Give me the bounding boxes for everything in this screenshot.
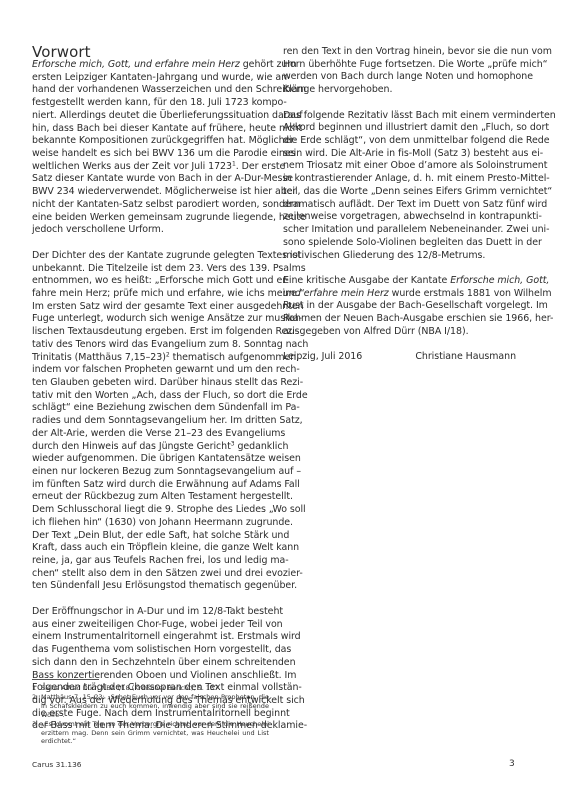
right-column: ren den Text in den Vortrag hinein, bevo… — [283, 46, 516, 364]
text-line: Der Text „Dein Blut, der edle Saft, hat … — [32, 530, 269, 543]
text-line: Das folgende Rezitativ lässt Bach mit ei… — [283, 110, 516, 123]
text-line: dramatisch auflädt. Der Text im Duett vo… — [283, 199, 516, 212]
text-line: wieder aufgenommen. Die übrigen Kantaten… — [32, 453, 269, 466]
text-line: in kontrastierender Anlage, d. h. mit ei… — [283, 173, 516, 186]
text-line: festgestellt werden kann, für den 18. Ju… — [32, 97, 269, 110]
text-line: Im ersten Satz wird der gesamte Text ein… — [32, 301, 269, 314]
text-line: scher Imitation und parallelem Nebeneina… — [283, 224, 516, 237]
text-line: Fuge unterlegt, wodurch sich wenige Ansä… — [32, 313, 269, 326]
text-line: Kraft, dass auch ein Tröpflein kleine, d… — [32, 542, 269, 555]
text-line: sono spielende Solo-Violinen begleiten d… — [283, 237, 516, 250]
footnote-2: 2 Matthäus 7, 15–23: „Sehet Euch vor vor… — [32, 693, 269, 720]
text-line: erneut der Rückbezug zum Alten Testament… — [32, 491, 269, 504]
work-title-italic: Erforsche mich, Gott, — [450, 275, 549, 286]
text-line: Eine kritische Ausgabe der Kantate Erfor… — [283, 275, 516, 288]
signature-author: Christiane Hausmann — [415, 351, 516, 364]
text-line: hin, dass Bach bei dieser Kantate auf fr… — [32, 123, 269, 136]
text-line: hand der vorhandenen Wasserzeichen und d… — [32, 84, 269, 97]
footnote-line: Wölfe“. — [41, 711, 269, 720]
text-line: eine beiden Werken gemeinsam zugrunde li… — [32, 212, 269, 225]
text-line: Rust in der Ausgabe der Bach-Gesellschaf… — [283, 300, 516, 313]
paragraph-text-origin: Der Dichter des der Kantate zugrunde gel… — [32, 250, 269, 593]
paragraph-recitative: Das folgende Rezitativ lässt Bach mit ei… — [283, 110, 516, 263]
text-line: Trinitatis (Matthäus 7,15–23)2 thematisc… — [32, 352, 269, 365]
footnote-1: 1 Siehe Alfred Dürr, NBA I/18 (Kritische… — [32, 684, 269, 693]
text-line: Dem Schlusschoral liegt die 9. Strophe d… — [32, 504, 269, 517]
text-line: BWV 234 wiederverwendet. Möglicherweise … — [32, 186, 269, 199]
text-line: Akkord beginnen und illustriert damit de… — [283, 122, 516, 135]
footnote-line: Siehe Alfred Dürr, NBA I/18 (Kritischer … — [41, 684, 269, 693]
text-line: weltlichen Werks aus der Zeit vor Juli 1… — [32, 161, 269, 174]
text-line: einem Instrumentalritornell eingerahmt i… — [32, 631, 269, 644]
text-line: indem vor falschen Propheten gewarnt und… — [32, 364, 269, 377]
text-line: nem Triosatz mit einer Oboe d’amore als … — [283, 160, 516, 173]
text-line: die Erde schlägt“, von dem unmittelbar f… — [283, 135, 516, 148]
footnote-number: 3 — [32, 720, 41, 747]
paragraph-continuation: ren den Text in den Vortrag hinein, bevo… — [283, 46, 516, 97]
text-line: motivischen Gliederung des 12/8-Metrums. — [283, 250, 516, 263]
text-line: ren den Text in den Vortrag hinein, bevo… — [283, 46, 516, 59]
page-number: 3 — [509, 759, 515, 769]
footnote-3: 3 „Es kömmt ein Tag, so der Verborgne ri… — [32, 720, 269, 747]
footnote-divider — [32, 679, 99, 680]
text-line: reine, ja, gar aus Teufels Rachen frei, … — [32, 555, 269, 568]
text-line: ich fliehen hin“ (1630) von Johann Heerm… — [32, 517, 269, 530]
text-line: tativ des Tenors wird das Evangelium zum… — [32, 339, 269, 352]
text-line: jedoch verschollene Urform. — [32, 224, 269, 237]
footnote-number: 2 — [32, 693, 41, 720]
text-line: fahre mein Herz; prüfe mich und erfahre,… — [32, 288, 269, 301]
footnote-line: erdichtet.“ — [41, 737, 269, 746]
left-column: Erforsche mich, Gott, und erfahre mein H… — [32, 59, 269, 733]
text-line: zeilenweise vorgetragen, abwechselnd in … — [283, 211, 516, 224]
text-line: das Fugenthema vom solistischen Horn vor… — [32, 644, 269, 657]
text-line: entnommen, wo es heißt: „Erforsche mich … — [32, 275, 269, 288]
footnote-line: Matthäus 7, 15–23: „Sehet Euch vor vor d… — [41, 693, 269, 702]
text-line: sich dann den in Sechzehnteln über einem… — [32, 657, 269, 670]
publisher-catalog-number: Carus 31.136 — [32, 760, 81, 769]
text-line: nicht der Kantaten-Satz selbst parodiert… — [32, 199, 269, 212]
text-line: sein wird. Die Alt-Arie in fis-Moll (Sat… — [283, 148, 516, 161]
text-line: einen nur lockeren Bezug zum Sonntagseva… — [32, 466, 269, 479]
text-line: niert. Allerdings deutet die Überlieferu… — [32, 110, 269, 123]
text-line: unbekannt. Die Titelzeile ist dem 23. Ve… — [32, 263, 269, 276]
text-line: lischen Textausdeutung ergeben. Erst im … — [32, 326, 269, 339]
text-line: und erfahre mein Herz wurde erstmals 188… — [283, 288, 516, 301]
text-line: ausgegeben von Alfred Dürr (NBA I/18). — [283, 326, 516, 339]
text-line: im fünften Satz wird durch die Erwähnung… — [32, 479, 269, 492]
footnote-line: in Schafskleidern zu euch kommen, inwend… — [41, 702, 269, 711]
text-line: weise handelt es sich bei BWV 136 um die… — [32, 148, 269, 161]
text-line: Erforsche mich, Gott, und erfahre mein H… — [32, 59, 269, 72]
text-line: der Alt-Arie, werden die Verse 21–23 des… — [32, 428, 269, 441]
paragraph-intro: Erforsche mich, Gott, und erfahre mein H… — [32, 59, 269, 237]
text-line: Satz dieser Kantate wurde von Bach in de… — [32, 173, 269, 186]
signature: Leipzig, Juli 2016 Christiane Hausmann — [283, 351, 516, 364]
text-line: schlägt“ eine Beziehung zwischen dem Sün… — [32, 402, 269, 415]
text-line: radies und dem Sonntagsevangelium her. I… — [32, 415, 269, 428]
footnote-line: „Es kömmt ein Tag, so der Verborgne rich… — [41, 720, 269, 729]
signature-place-date: Leipzig, Juli 2016 — [283, 351, 362, 364]
text-line: Der Eröffnungschor in A-Dur und im 12/8-… — [32, 606, 269, 619]
text-line: chen“ stellt also dem in den Sätzen zwei… — [32, 568, 269, 581]
footnote-line: erzittern mag. Denn sein Grimm vernichte… — [41, 729, 269, 738]
work-title-italic: und erfahre mein Herz — [283, 288, 389, 299]
text-line: aus einer zweiteiligen Chor-Fuge, wobei … — [32, 619, 269, 632]
text-line: ersten Leipziger Kantaten-Jahrgang und w… — [32, 72, 269, 85]
text-line: Klänge hervorgehoben. — [283, 84, 516, 97]
text-line: werden von Bach durch lange Noten und ho… — [283, 71, 516, 84]
text-line: Rahmen der Neuen Bach-Ausgabe erschien s… — [283, 313, 516, 326]
footnote-number: 1 — [32, 684, 41, 693]
paragraph-critical-edition: Eine kritische Ausgabe der Kantate Erfor… — [283, 275, 516, 339]
work-title-italic: Erforsche mich, Gott, und erfahre mein H… — [32, 59, 240, 70]
text-line: Der Dichter des der Kantate zugrunde gel… — [32, 250, 269, 263]
text-line: bekannte Kompositionen zurückgegriffen h… — [32, 135, 269, 148]
text-line: Horn überhöhte Fuge fortsetzen. Die Wort… — [283, 59, 516, 72]
text-line: teil, das die Worte „Denn seines Eifers … — [283, 186, 516, 199]
text-line: ten Sündenfall Jesu Erlösungstod themati… — [32, 580, 269, 593]
text-line: tativ mit den Worten „Ach, dass der Fluc… — [32, 390, 269, 403]
text-line: ten Glauben gebeten wird. Darüber hinaus… — [32, 377, 269, 390]
text-line: durch den Hinweis auf das Jüngste Gerich… — [32, 441, 269, 454]
footnotes: 1 Siehe Alfred Dürr, NBA I/18 (Kritische… — [32, 684, 269, 746]
text-line: Bass konzertierenden Oboen und Violinen … — [32, 670, 269, 683]
